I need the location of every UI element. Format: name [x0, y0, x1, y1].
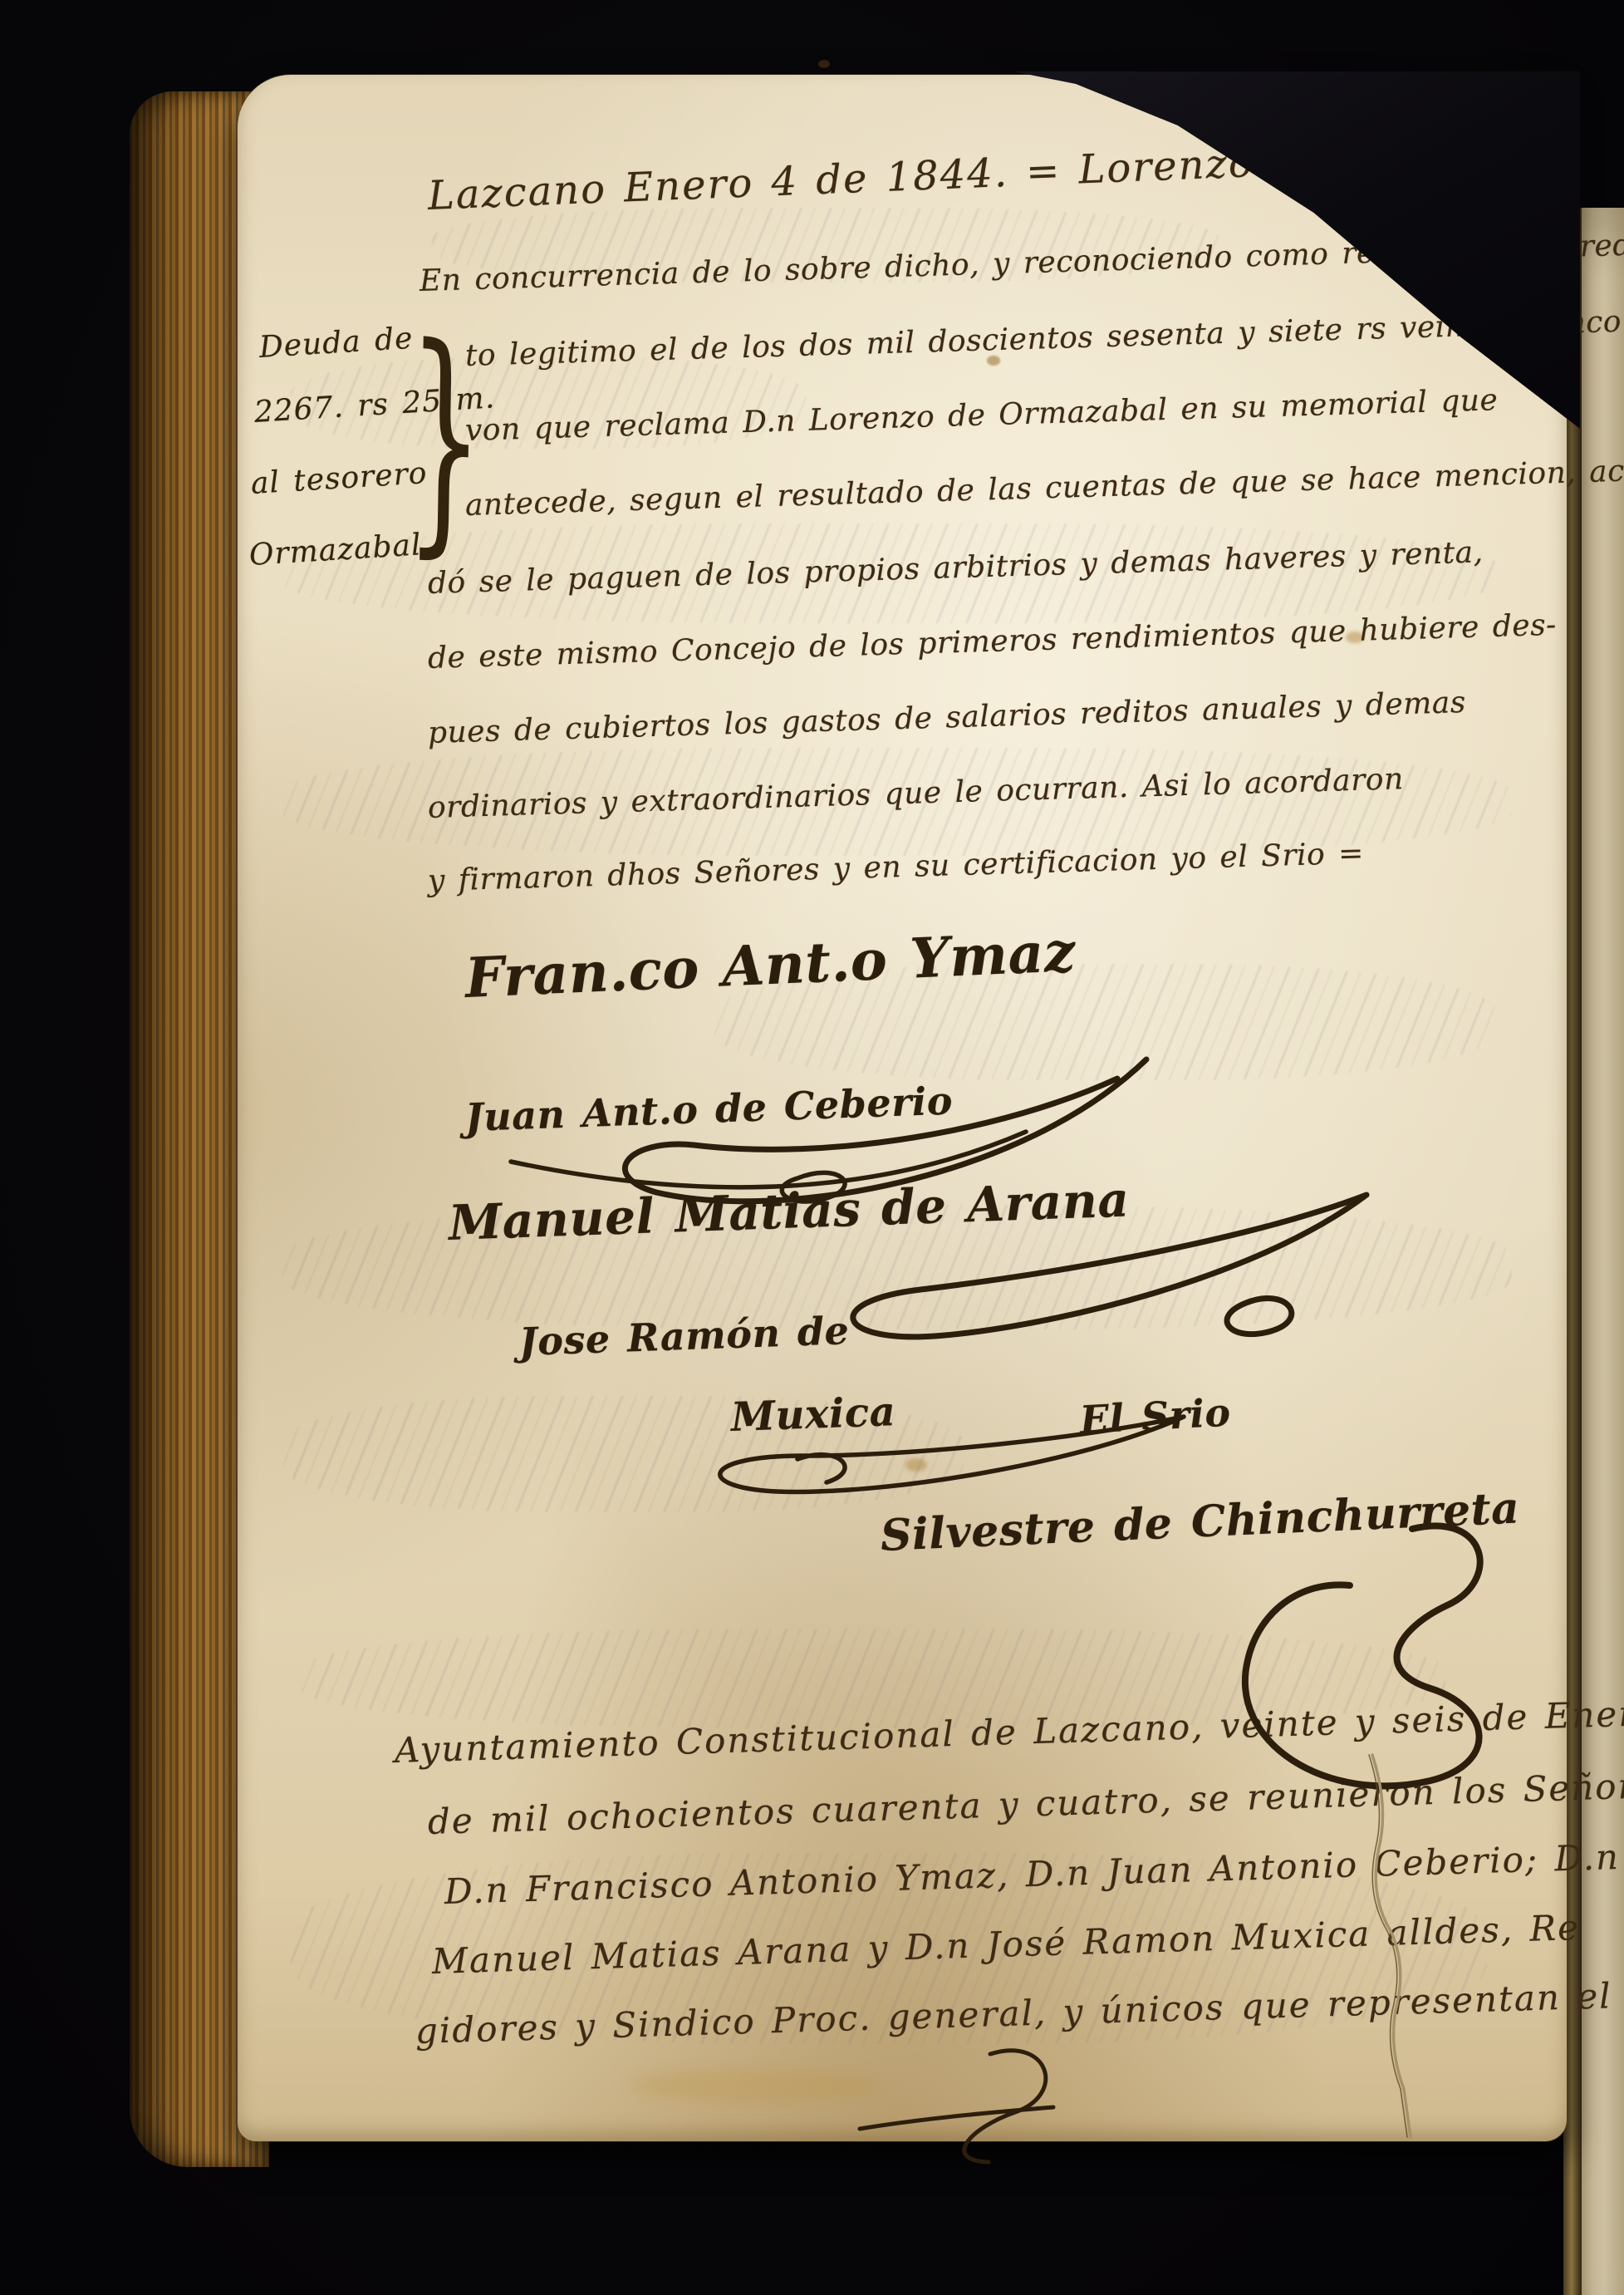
edge-toning — [631, 2069, 881, 2102]
manuscript-photo: Deuda de 2267. rs 25 m. al tesorero Orma… — [0, 0, 1624, 2295]
secretary-title: El Srio — [1079, 1390, 1232, 1442]
ink-spot — [818, 60, 830, 68]
signature-mugica-line2: Muxica — [730, 1388, 896, 1441]
